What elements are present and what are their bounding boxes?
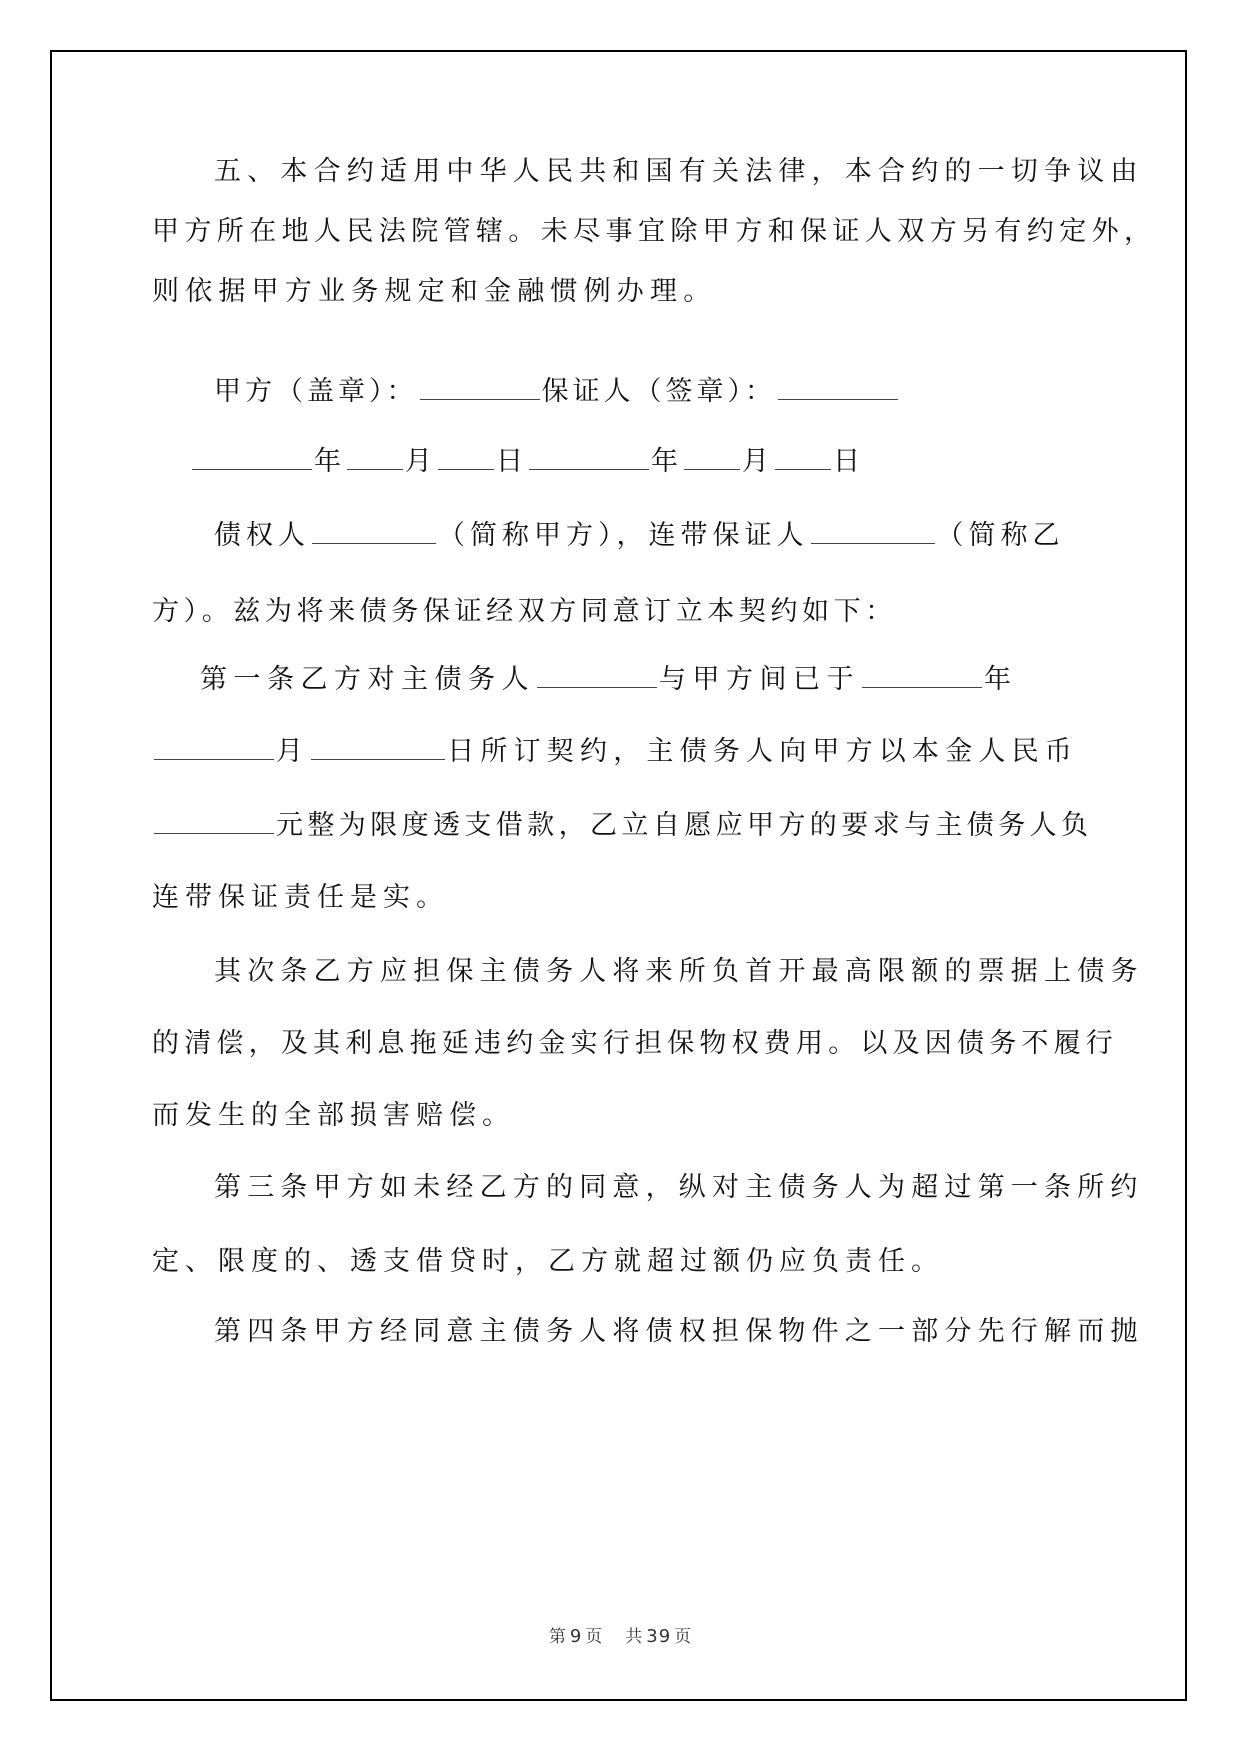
contract-month-blank[interactable] bbox=[154, 733, 274, 760]
contract-day-blank[interactable] bbox=[311, 733, 445, 760]
page-prefix: 第 bbox=[549, 1627, 567, 1647]
total-pages-number: 39 bbox=[646, 1626, 671, 1647]
article-2-line-2: 的清偿，及其利息拖延违约金实行担保物权费用。以及因债务不履行 bbox=[152, 1024, 1092, 1064]
contract-year-blank[interactable] bbox=[862, 661, 982, 688]
guarantor-abbr-text: （简称乙 bbox=[937, 520, 1065, 551]
clause-5-line-3: 则依据甲方业务规定和金融惯例办理。 bbox=[152, 272, 1092, 312]
party-a-month-blank[interactable] bbox=[347, 443, 403, 470]
clause-5-line-2: 甲方所在地人民法院管辖。未尽事宜除甲方和保证人双方另有约定外， bbox=[152, 212, 1092, 252]
date-line: 年月日年月日 bbox=[190, 442, 1130, 482]
page-suffix: 页 bbox=[585, 1627, 603, 1647]
day-label: 日 bbox=[496, 446, 527, 477]
current-page-number: 9 bbox=[570, 1626, 582, 1647]
article-2-line-1: 其次条乙方应担保主债务人将来所负首开最高限额的票据上债务 bbox=[214, 952, 1154, 992]
month-label: 月 bbox=[405, 446, 436, 477]
party-a-year-blank[interactable] bbox=[192, 443, 312, 470]
guarantor-month-blank[interactable] bbox=[684, 443, 740, 470]
month-label: 月 bbox=[276, 736, 309, 767]
amount-blank[interactable] bbox=[154, 807, 274, 834]
article-1-line-2: 月日所订契约，主债务人向甲方以本金人民币 bbox=[152, 732, 1092, 772]
clause-5-line-1: 五、本合约适用中华人民共和国有关法律，本合约的一切争议由 bbox=[214, 152, 1154, 192]
article-3-line-2: 定、限度的、透支借贷时，乙方就超过额仍应负责任。 bbox=[152, 1242, 1092, 1282]
article-1-text: 第一条乙方对主债务人 bbox=[200, 664, 535, 695]
article-2-line-3: 而发生的全部损害赔偿。 bbox=[152, 1096, 1092, 1136]
party-a-seal-label: 甲方（盖章）： bbox=[214, 376, 418, 407]
intro-line-2: 方）。兹为将来债务保证经双方同意订立本契约如下： bbox=[152, 592, 1092, 632]
article-1-text: 与甲方间已于 bbox=[659, 664, 860, 695]
party-a-seal-blank[interactable] bbox=[420, 373, 540, 400]
day-label: 日 bbox=[833, 446, 864, 477]
article-1-text: 日所订契约，主债务人向甲方以本金人民币 bbox=[447, 736, 1078, 767]
party-a-day-blank[interactable] bbox=[438, 443, 494, 470]
article-1-line-1: 第一条乙方对主债务人与甲方间已于年 bbox=[200, 660, 1140, 700]
article-3-line-1: 第三条甲方如未经乙方的同意，纵对主债务人为超过第一条所约 bbox=[214, 1168, 1154, 1208]
article-4-line-1: 第四条甲方经同意主债务人将债权担保物件之一部分先行解而抛 bbox=[214, 1312, 1154, 1352]
month-label: 月 bbox=[742, 446, 773, 477]
total-prefix: 共 bbox=[625, 1627, 643, 1647]
year-label: 年 bbox=[314, 446, 345, 477]
page-footer: 第9页共39页 bbox=[0, 1622, 1241, 1647]
guarantor-day-blank[interactable] bbox=[775, 443, 831, 470]
creditor-label: 债权人 bbox=[214, 520, 310, 551]
guarantor-blank[interactable] bbox=[811, 517, 935, 544]
guarantor-seal-label: 保证人（签章）： bbox=[542, 376, 777, 407]
intro-line-1: 债权人（简称甲方），连带保证人（简称乙 bbox=[214, 516, 1154, 556]
total-suffix: 页 bbox=[674, 1627, 692, 1647]
article-1-line-3: 元整为限度透支借款，乙立自愿应甲方的要求与主债务人负 bbox=[152, 806, 1092, 846]
article-1-text: 元整为限度透支借款，乙立自愿应甲方的要求与主债务人负 bbox=[276, 810, 1092, 841]
principal-debtor-blank[interactable] bbox=[537, 661, 657, 688]
creditor-abbr-text: （简称甲方），连带保证人 bbox=[438, 520, 809, 551]
signature-line: 甲方（盖章）：保证人（签章）： bbox=[214, 372, 1154, 412]
article-1-line-4: 连带保证责任是实。 bbox=[152, 878, 1092, 918]
creditor-blank[interactable] bbox=[312, 517, 436, 544]
guarantor-year-blank[interactable] bbox=[529, 443, 649, 470]
guarantor-seal-blank[interactable] bbox=[778, 373, 898, 400]
year-label: 年 bbox=[651, 446, 682, 477]
year-label: 年 bbox=[984, 664, 1018, 695]
